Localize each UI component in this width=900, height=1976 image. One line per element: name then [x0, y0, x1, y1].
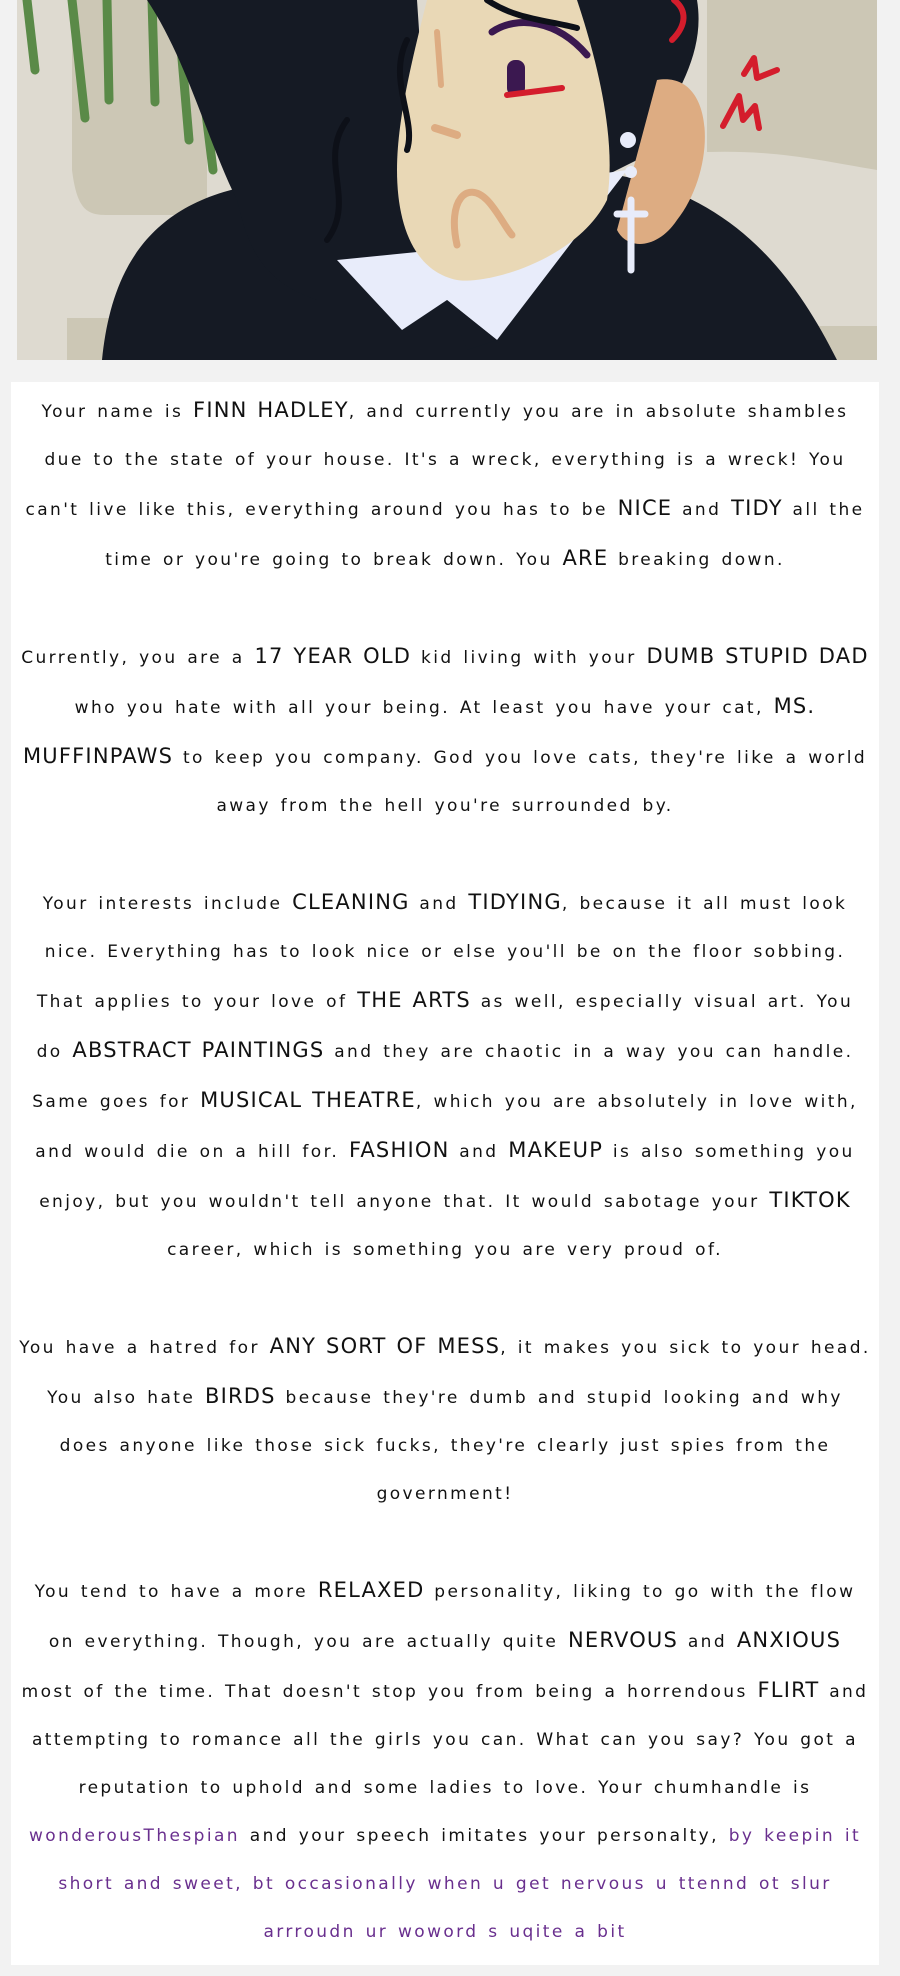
- body-text: breaking down.: [608, 550, 785, 570]
- emphasis-text: ABSTRACT PAINTINGS: [72, 1038, 324, 1062]
- emphasis-text: TIDYING: [468, 890, 561, 914]
- bio-paragraph: Currently, you are a 17 YEAR OLD kid liv…: [19, 632, 871, 830]
- bio-card: Your name is FINN HADLEY, and currently …: [11, 382, 879, 1965]
- bio-paragraph: You tend to have a more RELAXED personal…: [19, 1566, 871, 1956]
- body-text: most of the time. That doesn't stop you …: [22, 1682, 758, 1702]
- body-text: to keep you company. God you love cats, …: [173, 748, 867, 816]
- character-illustration: [17, 0, 877, 360]
- emphasis-text: FINN HADLEY: [193, 398, 349, 422]
- emphasis-text: CLEANING: [292, 890, 409, 914]
- emphasis-text: BIRDS: [205, 1384, 276, 1408]
- emphasis-text: RELAXED: [318, 1578, 425, 1602]
- body-text: and: [450, 1142, 509, 1162]
- body-text: You tend to have a more: [35, 1582, 318, 1602]
- body-text: and your speech imitates your personalty…: [240, 1826, 729, 1846]
- body-text: and: [410, 894, 469, 914]
- body-text: kid living with your: [411, 648, 646, 668]
- body-text: Your name is: [42, 402, 194, 422]
- body-text: who you hate with all your being. At lea…: [75, 698, 774, 718]
- emphasis-text: TIDY: [731, 496, 783, 520]
- emphasis-text: FLIRT: [758, 1678, 820, 1702]
- bio-paragraph: Your name is FINN HADLEY, and currently …: [19, 386, 871, 584]
- emphasis-text: FASHION: [349, 1138, 449, 1162]
- body-text: You have a hatred for: [19, 1338, 269, 1358]
- emphasis-text: DUMB STUPID DAD: [646, 644, 868, 668]
- emphasis-text: TIKTOK: [769, 1188, 851, 1212]
- body-text: career, which is something you are very …: [167, 1240, 723, 1260]
- body-text: Currently, you are a: [21, 648, 254, 668]
- bio-text: Your name is FINN HADLEY, and currently …: [11, 386, 879, 1956]
- bio-paragraph: You have a hatred for ANY SORT OF MESS, …: [19, 1322, 871, 1518]
- emphasis-text: NICE: [618, 496, 673, 520]
- bio-paragraph: Your interests include CLEANING and TIDY…: [19, 878, 871, 1274]
- emphasis-text: NERVOUS: [568, 1628, 678, 1652]
- body-text: Your interests include: [43, 894, 292, 914]
- character-portrait-icon: [17, 0, 877, 360]
- emphasis-text: ARE: [562, 546, 608, 570]
- typing-quirk-text: wonderousThespian: [29, 1826, 240, 1846]
- body-text: and: [672, 500, 731, 520]
- body-text: and: [678, 1632, 737, 1652]
- emphasis-text: MAKEUP: [508, 1138, 603, 1162]
- emphasis-text: 17 YEAR OLD: [254, 644, 411, 668]
- emphasis-text: MUSICAL THEATRE: [200, 1088, 416, 1112]
- emphasis-text: ANXIOUS: [737, 1628, 841, 1652]
- emphasis-text: ANY SORT OF MESS: [270, 1334, 501, 1358]
- emphasis-text: THE ARTS: [357, 988, 471, 1012]
